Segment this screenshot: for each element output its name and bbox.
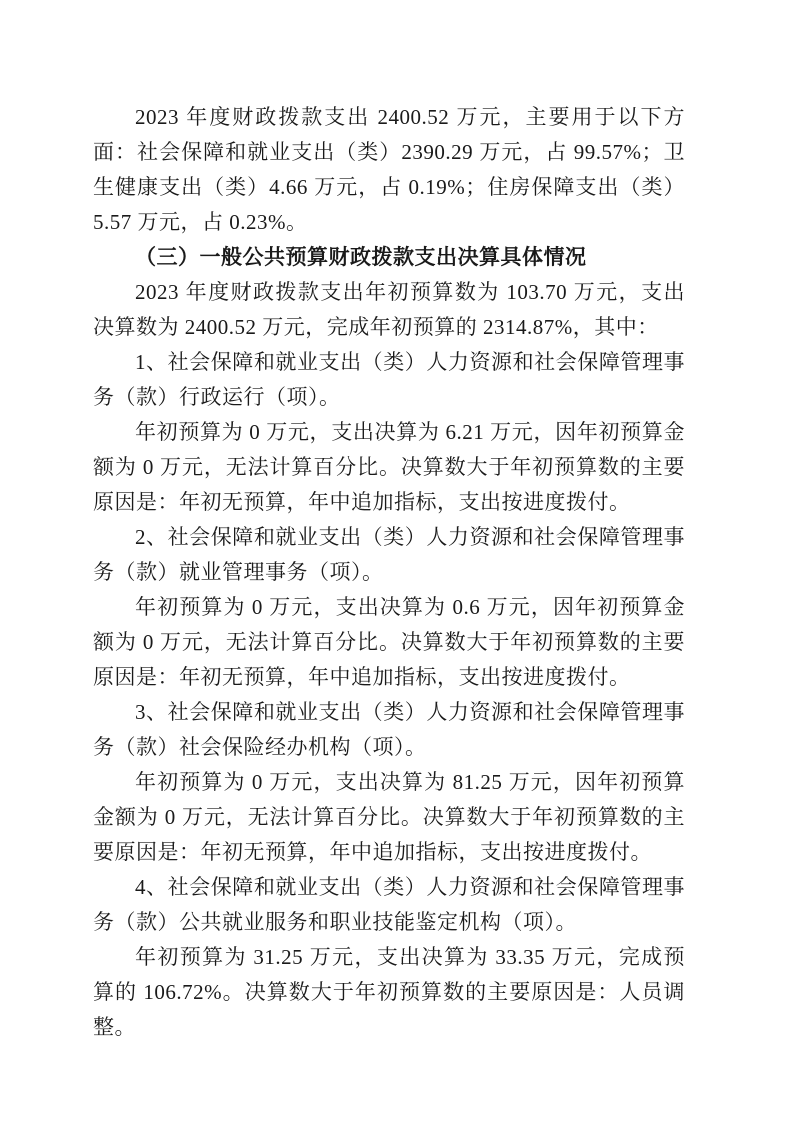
- paragraph: 年初预算为 0 万元，支出决算为 81.25 万元，因年初预算金额为 0 万元，…: [93, 765, 685, 870]
- paragraph: 年初预算为 0 万元，支出决算为 6.21 万元，因年初预算金额为 0 万元，无…: [93, 415, 685, 520]
- paragraph: 2023 年度财政拨款支出 2400.52 万元，主要用于以下方面：社会保障和就…: [93, 100, 685, 240]
- paragraph: 年初预算为 31.25 万元，支出决算为 33.35 万元，完成预算的 106.…: [93, 940, 685, 1045]
- document-body: 2023 年度财政拨款支出 2400.52 万元，主要用于以下方面：社会保障和就…: [93, 100, 685, 1045]
- section-heading: （三）一般公共预算财政拨款支出决算具体情况: [93, 240, 685, 275]
- paragraph: 年初预算为 0 万元，支出决算为 0.6 万元，因年初预算金额为 0 万元，无法…: [93, 590, 685, 695]
- document-page: 2023 年度财政拨款支出 2400.52 万元，主要用于以下方面：社会保障和就…: [0, 0, 793, 1122]
- paragraph: 3、社会保障和就业支出（类）人力资源和社会保障管理事务（款）社会保险经办机构（项…: [93, 695, 685, 765]
- paragraph: 1、社会保障和就业支出（类）人力资源和社会保障管理事务（款）行政运行（项）。: [93, 345, 685, 415]
- paragraph: 2023 年度财政拨款支出年初预算数为 103.70 万元，支出决算数为 240…: [93, 275, 685, 345]
- paragraph: 2、社会保障和就业支出（类）人力资源和社会保障管理事务（款）就业管理事务（项）。: [93, 520, 685, 590]
- paragraph: 4、社会保障和就业支出（类）人力资源和社会保障管理事务（款）公共就业服务和职业技…: [93, 870, 685, 940]
